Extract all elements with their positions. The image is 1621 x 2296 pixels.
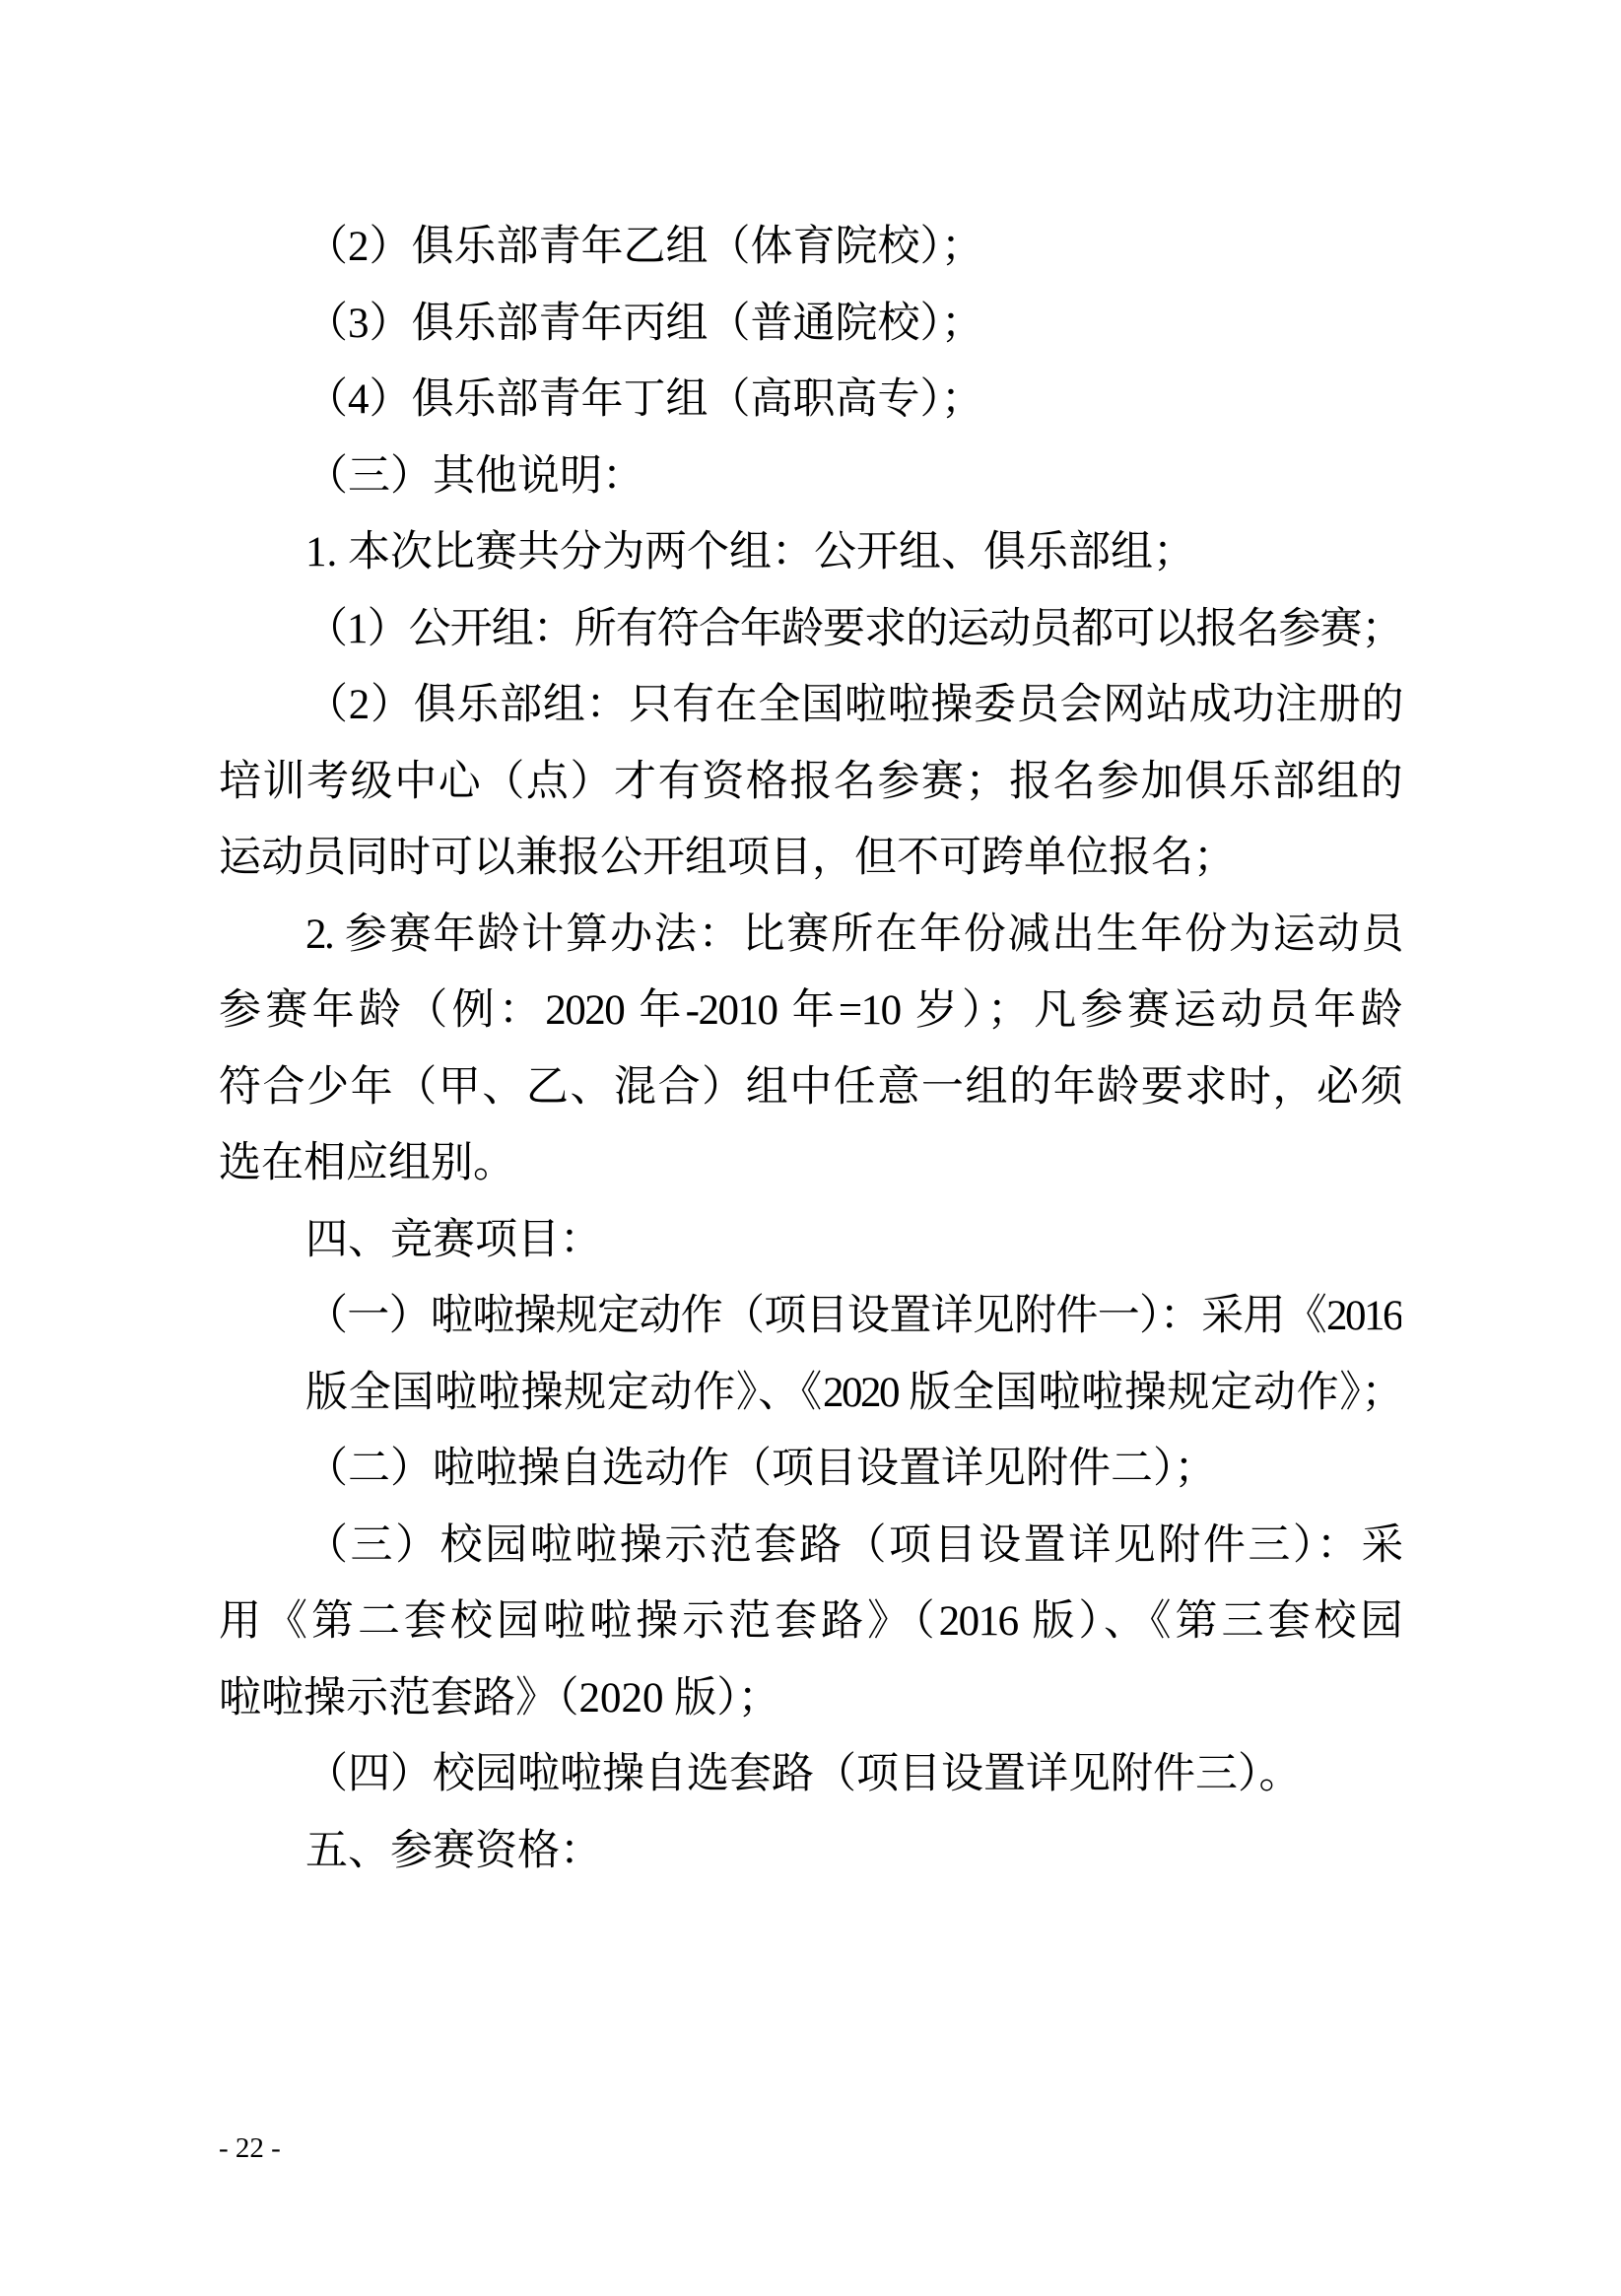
text-line: 用《第二套校园啦啦操示范套路》（2016 版）、《第三套校园 <box>219 1584 1401 1660</box>
text-line: （三）校园啦啦操示范套路（项目设置详见附件三）：采 <box>219 1508 1401 1585</box>
document-page: （2）俱乐部青年乙组（体育院校）；（3）俱乐部青年丙组（普通院校）；（4）俱乐部… <box>0 0 1621 2296</box>
document-body: （2）俱乐部青年乙组（体育院校）；（3）俱乐部青年丙组（普通院校）；（4）俱乐部… <box>219 209 1401 1889</box>
text-line: 符合少年（甲、乙、混合）组中任意一组的年龄要求时，必须 <box>219 1049 1401 1126</box>
text-line: 培训考级中心（点）才有资格报名参赛；报名参加俱乐部组的 <box>219 744 1401 821</box>
text-line: （二）啦啦操自选动作（项目设置详见附件二）； <box>219 1431 1401 1508</box>
text-line: 运动员同时可以兼报公开组项目，但不可跨单位报名； <box>219 820 1401 897</box>
text-line: 选在相应组别。 <box>219 1125 1401 1202</box>
text-line: 四、竞赛项目： <box>219 1202 1401 1279</box>
text-line: （一）啦啦操规定动作（项目设置详见附件一）：采用《2016 <box>219 1278 1401 1355</box>
text-line: （三）其他说明： <box>219 439 1401 515</box>
text-line: 1. 本次比赛共分为两个组：公开组、俱乐部组； <box>219 514 1401 591</box>
text-line: 啦啦操示范套路》（2020 版）； <box>219 1660 1401 1737</box>
text-line: （2）俱乐部组：只有在全国啦啦操委员会网站成功注册的 <box>219 667 1401 744</box>
page-number: - 22 - <box>219 2130 281 2166</box>
text-line: （3）俱乐部青年丙组（普通院校）； <box>219 286 1401 363</box>
text-line: 参赛年龄（例：2020 年-2010 年=10 岁）；凡参赛运动员年龄 <box>219 973 1401 1049</box>
text-line: 版全国啦啦操规定动作》、《2020 版全国啦啦操规定动作》； <box>219 1355 1401 1432</box>
text-line: 2. 参赛年龄计算办法：比赛所在年份减出生年份为运动员 <box>219 897 1401 974</box>
text-line: 五、参赛资格： <box>219 1813 1401 1890</box>
text-line: （1）公开组：所有符合年龄要求的运动员都可以报名参赛； <box>219 591 1401 668</box>
text-line: （四）校园啦啦操自选套路（项目设置详见附件三）。 <box>219 1736 1401 1813</box>
text-line: （4）俱乐部青年丁组（高职高专）； <box>219 362 1401 439</box>
text-line: （2）俱乐部青年乙组（体育院校）； <box>219 209 1401 286</box>
